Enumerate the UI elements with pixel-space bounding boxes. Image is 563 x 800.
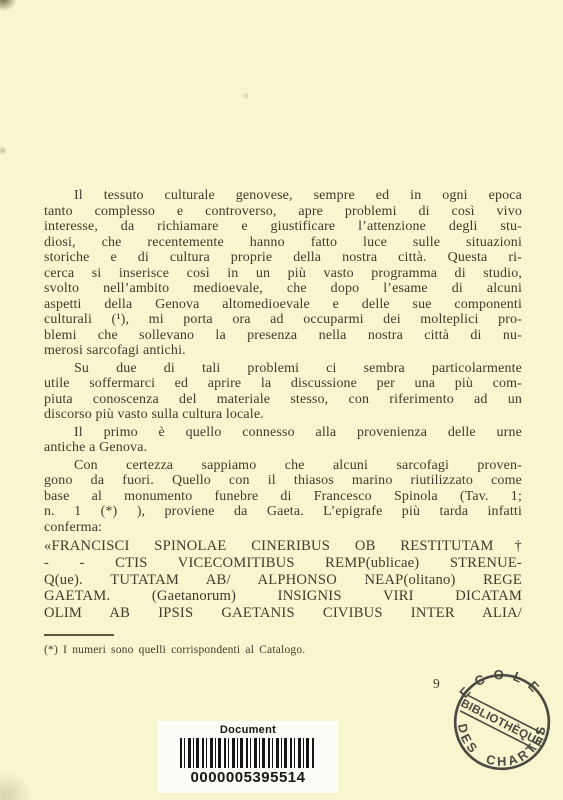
- scan-artifact: [242, 92, 250, 100]
- page-number: 9: [433, 676, 440, 692]
- scan-artifact: [0, 0, 19, 13]
- footnote-text: (*) I numeri sono quelli corrispondenti …: [44, 644, 464, 656]
- barcode-bars: [180, 738, 316, 768]
- scan-artifact: [0, 146, 7, 155]
- epigraph-inscription: «FRANCISCI SPINOLAE CINERIBUS OB RESTITU…: [44, 538, 522, 622]
- paragraph-3: Il primo è quello connesso alla provenie…: [44, 425, 522, 456]
- paragraph-2: Su due di tali problemi ci sembra partic…: [44, 361, 522, 423]
- barcode-sticker: Document 0000005395514: [158, 721, 338, 793]
- barcode-title: Document: [158, 721, 338, 736]
- paragraph-1: Il tessuto culturale genovese, sempre ed…: [44, 188, 522, 359]
- scan-artifact: [0, 770, 36, 800]
- paragraph-4: Con certezza sappiamo che alcuni sarcofa…: [44, 458, 522, 536]
- library-stamp: ECOLE DES CHARTES BIBLIOTHÈQUE: [446, 666, 558, 778]
- body-text: Il tessuto culturale genovese, sempre ed…: [44, 188, 522, 624]
- footnote-rule: [44, 634, 114, 636]
- barcode-number: 0000005395514: [158, 769, 338, 786]
- scanned-book-page: Il tessuto culturale genovese, sempre ed…: [0, 0, 563, 800]
